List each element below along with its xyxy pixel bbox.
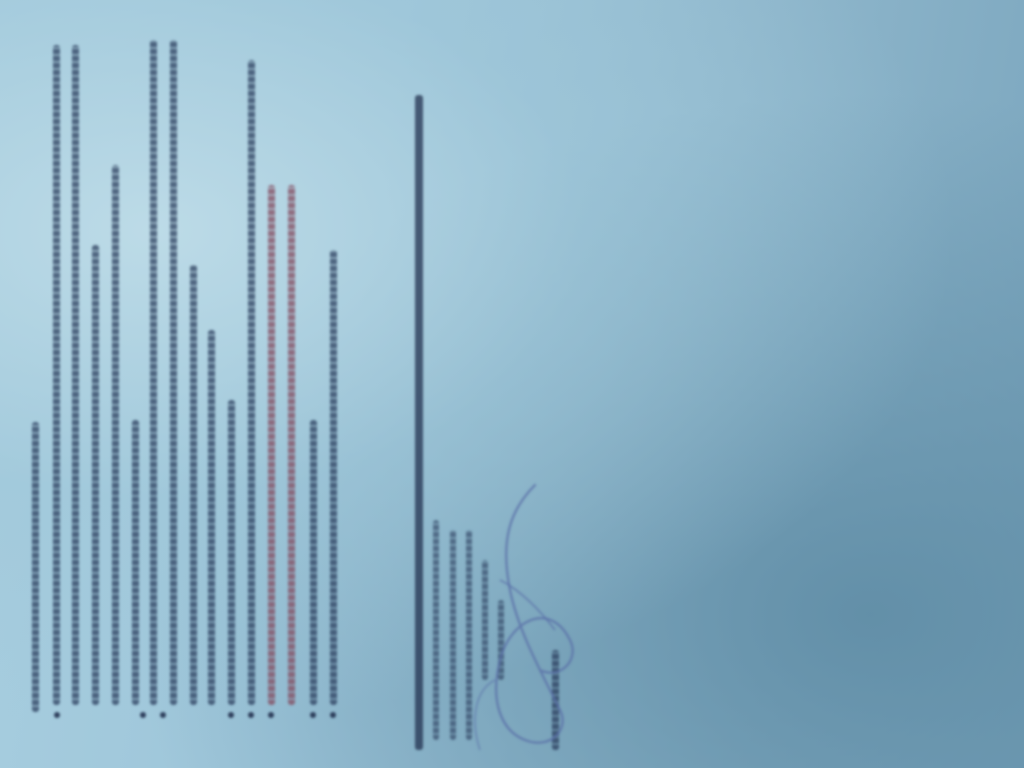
rotated-page: Photograph of a printed page rotated 90 …: [0, 0, 1024, 768]
text-line: [53, 45, 60, 705]
bullet: [160, 712, 166, 718]
bullet: [54, 712, 60, 718]
text-line: [208, 330, 215, 705]
text-line: [132, 420, 139, 705]
text-line: [112, 165, 119, 705]
bullet: [140, 712, 146, 718]
signature-icon: [440, 470, 620, 760]
document-photo: Photograph of a printed page rotated 90 …: [0, 0, 1024, 768]
bullet: [228, 712, 234, 718]
highlighted-text-line: [288, 185, 295, 705]
stamp-line: [433, 520, 439, 740]
text-line: [330, 250, 337, 705]
bullet: [248, 712, 254, 718]
bullet: [268, 712, 274, 718]
bullet: [310, 712, 316, 718]
text-line: [170, 40, 177, 705]
text-line: [228, 400, 235, 705]
highlighted-text-line: [268, 185, 275, 705]
legibility-note: Photograph of a printed page rotated 90 …: [0, 0, 1, 1]
text-line: [248, 60, 255, 705]
text-line: [190, 265, 197, 705]
text-line: [150, 40, 157, 705]
text-line: [72, 45, 79, 705]
text-line: [92, 245, 99, 705]
text-line: [32, 422, 39, 712]
text-line: [310, 420, 317, 705]
footer-text-line: [415, 95, 423, 750]
bullet: [330, 712, 336, 718]
